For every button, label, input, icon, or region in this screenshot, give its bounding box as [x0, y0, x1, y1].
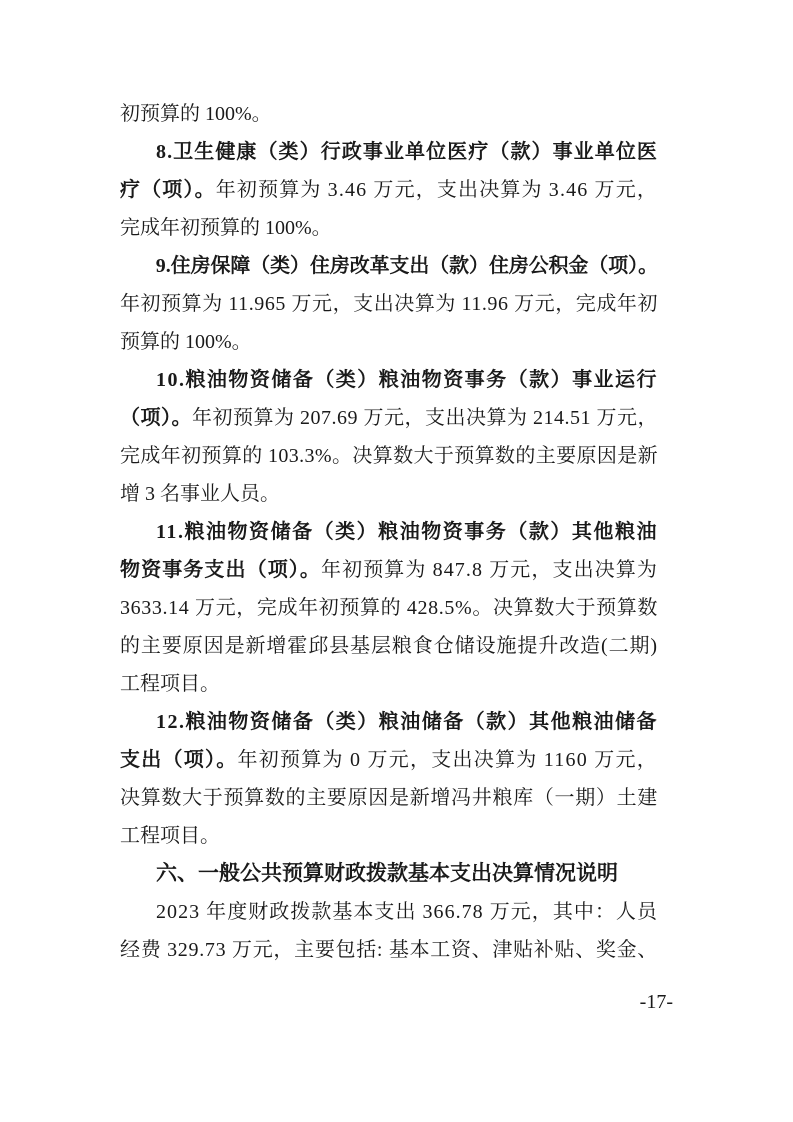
indent-spacer	[120, 157, 156, 158]
text-line: 完成年初预算的 100%。	[120, 209, 658, 247]
text-line: 10.粮油物资储备（类）粮油物资事务（款）事业运行	[120, 361, 658, 399]
text-line: 物资事务支出（项）。年初预算为 847.8 万元，支出决算为	[120, 551, 658, 589]
text-line: 决算数大于预算数的主要原因是新增冯井粮库（一期）土建	[120, 779, 658, 817]
paragraph-text: 3633.14 万元，完成年初预算的 428.5%。决算数大于预算数	[120, 597, 658, 619]
text-line: 增 3 名事业人员。	[120, 475, 658, 513]
text-line: 年初预算为 11.965 万元，支出决算为 11.96 万元，完成年初	[120, 285, 658, 323]
text-line: 11.粮油物资储备（类）粮油物资事务（款）其他粮油	[120, 513, 658, 551]
document-body: 初预算的 100%。 8.卫生健康（类）行政事业单位医疗（款）事业单位医 疗（项…	[120, 95, 658, 969]
paragraph-text: 2023 年度财政拨款基本支出 366.78 万元，其中：人员	[156, 901, 658, 923]
text-line: 支出（项）。年初预算为 0 万元，支出决算为 1160 万元，	[120, 741, 658, 779]
paragraph-lead-bold: 支出（项）。	[120, 749, 238, 771]
paragraph-text: 完成年初预算的 100%。	[120, 217, 332, 239]
paragraph-text: 初预算的 100%。	[120, 103, 272, 125]
page-number: -17-	[640, 990, 673, 1014]
paragraph-lead-bold: 10.粮油物资储备（类）粮油物资事务（款）事业运行	[156, 369, 658, 391]
paragraph-text: 年初预算为 11.965 万元，支出决算为 11.96 万元，完成年初	[120, 293, 658, 315]
text-line: 2023 年度财政拨款基本支出 366.78 万元，其中：人员	[120, 893, 658, 931]
paragraph-lead-bold: 物资事务支出（项）。	[120, 559, 321, 581]
paragraph-lead-bold: 9.住房保障（类）住房改革支出（款）住房公积金（项）。	[156, 255, 658, 277]
paragraph-text: 年初预算为 0 万元，支出决算为 1160 万元，	[238, 749, 659, 771]
indent-spacer	[120, 879, 156, 880]
indent-spacer	[120, 271, 156, 272]
paragraph-lead-bold: 8.卫生健康（类）行政事业单位医疗（款）事业单位医	[156, 141, 658, 163]
paragraph-text: 工程项目。	[120, 673, 220, 695]
indent-spacer	[120, 537, 156, 538]
text-line: （项）。年初预算为 207.69 万元，支出决算为 214.51 万元，	[120, 399, 658, 437]
indent-spacer	[120, 917, 156, 918]
text-line: 工程项目。	[120, 817, 658, 855]
indent-spacer	[120, 385, 156, 386]
paragraph-lead-bold: 11.粮油物资储备（类）粮油物资事务（款）其他粮油	[156, 521, 658, 543]
paragraph-text: 年初预算为 847.8 万元，支出决算为	[321, 559, 658, 581]
paragraph-text: 决算数大于预算数的主要原因是新增冯井粮库（一期）土建	[120, 787, 658, 809]
text-line: 疗（项）。年初预算为 3.46 万元，支出决算为 3.46 万元，	[120, 171, 658, 209]
indent-spacer	[120, 727, 156, 728]
paragraph-text: 完成年初预算的 103.3%。决算数大于预算数的主要原因是新	[120, 445, 658, 467]
paragraph-text: 年初预算为 3.46 万元，支出决算为 3.46 万元，	[216, 179, 658, 201]
text-line: 的主要原因是新增霍邱县基层粮食仓储设施提升改造(二期)	[120, 627, 658, 665]
paragraph-lead-bold: 12.粮油物资储备（类）粮油储备（款）其他粮油储备	[156, 711, 658, 733]
paragraph-text: 年初预算为 207.69 万元，支出决算为 214.51 万元，	[192, 407, 658, 429]
text-line: 8.卫生健康（类）行政事业单位医疗（款）事业单位医	[120, 133, 658, 171]
text-line: 经费 329.73 万元，主要包括: 基本工资、津贴补贴、奖金、	[120, 931, 658, 969]
paragraph-lead-bold: 疗（项）。	[120, 179, 216, 201]
text-line: 预算的 100%。	[120, 323, 658, 361]
text-line: 9.住房保障（类）住房改革支出（款）住房公积金（项）。	[120, 247, 658, 285]
heading-text: 六、一般公共预算财政拨款基本支出决算情况说明	[156, 862, 618, 885]
paragraph-text: 的主要原因是新增霍邱县基层粮食仓储设施提升改造(二期)	[120, 635, 658, 657]
paragraph-lead-bold: （项）。	[120, 407, 192, 429]
paragraph-text: 经费 329.73 万元，主要包括: 基本工资、津贴补贴、奖金、	[120, 939, 658, 961]
text-line: 工程项目。	[120, 665, 658, 703]
text-line: 3633.14 万元，完成年初预算的 428.5%。决算数大于预算数	[120, 589, 658, 627]
text-line: 完成年初预算的 103.3%。决算数大于预算数的主要原因是新	[120, 437, 658, 475]
paragraph-text: 增 3 名事业人员。	[120, 483, 280, 505]
section-heading: 六、一般公共预算财政拨款基本支出决算情况说明	[120, 855, 658, 893]
document-page: 初预算的 100%。 8.卫生健康（类）行政事业单位医疗（款）事业单位医 疗（项…	[0, 0, 793, 1122]
text-line: 初预算的 100%。	[120, 95, 658, 133]
paragraph-text: 预算的 100%。	[120, 331, 252, 353]
paragraph-text: 工程项目。	[120, 825, 220, 847]
text-line: 12.粮油物资储备（类）粮油储备（款）其他粮油储备	[120, 703, 658, 741]
